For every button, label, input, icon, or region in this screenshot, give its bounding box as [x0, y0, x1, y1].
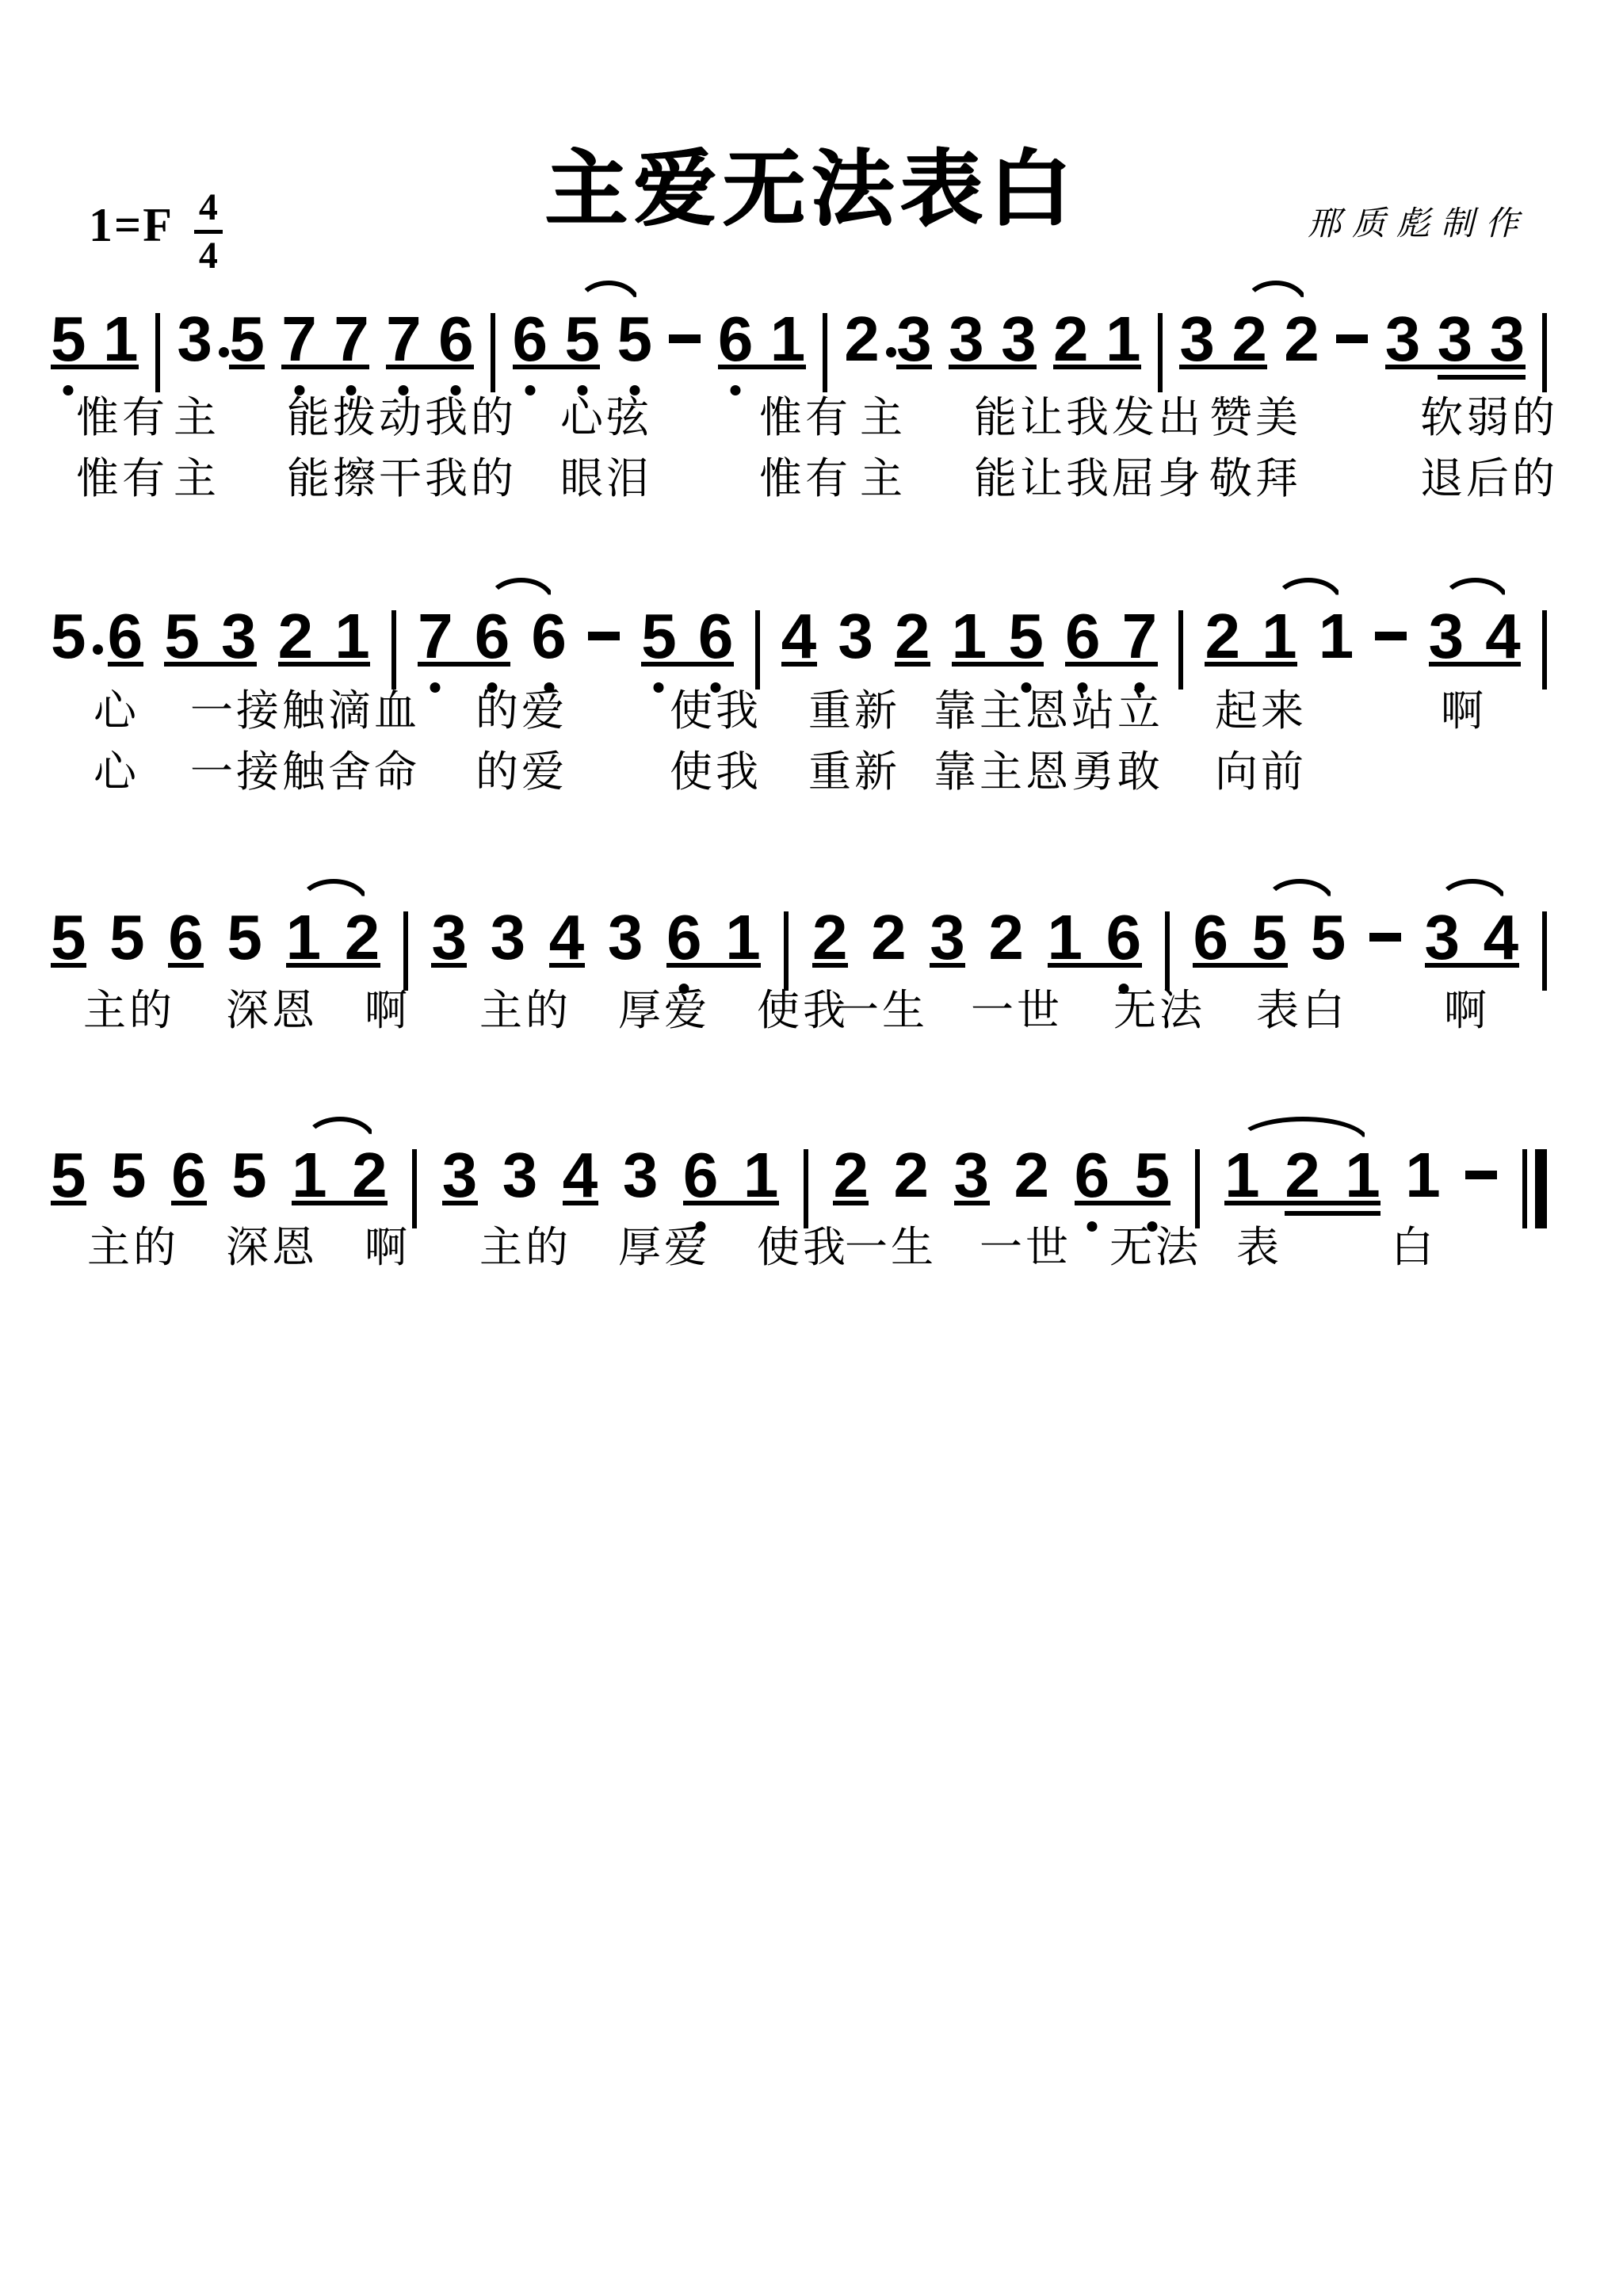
barline [1178, 610, 1183, 690]
eighth-underline [51, 963, 86, 968]
note-digit-1: 1 [952, 605, 987, 668]
note-digit-5: 5 [1135, 1144, 1170, 1207]
lyric-segment: 能擦干我的 [287, 456, 517, 502]
lyric-segment: 主的 [479, 988, 571, 1034]
digit: 2 [1205, 605, 1240, 668]
lyric-segment: 一接触舍命 [190, 749, 420, 796]
note-digit-1: 1 [1319, 605, 1354, 668]
note-digit-1: 1 [1262, 605, 1297, 668]
note-digit-2: 2 [893, 1144, 929, 1207]
low-octave-dot [1086, 1221, 1097, 1232]
lyric-segment: 心弦 [560, 395, 652, 441]
digit: 1 [1405, 1144, 1441, 1207]
digit: 7 [281, 308, 317, 371]
note-digit-4: 4 [781, 605, 817, 668]
note-digit-5: 5 [164, 605, 200, 668]
digit: 3 [221, 605, 257, 668]
barline [784, 911, 789, 991]
lyric-segment: 向前 [1215, 749, 1307, 796]
note-digit-2: 2 [1285, 1144, 1320, 1207]
note-digit-6: 6 [531, 605, 567, 668]
barline [1542, 911, 1547, 991]
eighth-underline [895, 662, 930, 667]
lyric-segment: 白 [1391, 1224, 1437, 1271]
note-digit-6: 6 [1193, 906, 1228, 969]
digit: 7 [386, 308, 422, 371]
digit: 2 [1014, 1144, 1050, 1207]
lyric-segment: 眼泪 [560, 456, 652, 502]
digit: 2 [1284, 308, 1319, 371]
digit: 2 [833, 1144, 869, 1207]
note-digit-1: 1 [1224, 1144, 1260, 1207]
barline [1542, 610, 1547, 690]
digit: 3 [1425, 906, 1461, 969]
note-digit-5: 5 [564, 308, 600, 371]
digit: 6 [683, 1144, 719, 1207]
digit: 2 [893, 1144, 929, 1207]
note-digit-7: 7 [334, 308, 369, 371]
note-digit-1: 1 [1345, 1144, 1381, 1207]
duration-dash [588, 632, 620, 640]
slur-tie-arc [1243, 281, 1308, 306]
lyric-segment: 主的 [83, 988, 175, 1034]
note-digit-3: 3 [623, 1144, 659, 1207]
lyric-segment: 敬拜 [1209, 456, 1301, 502]
digit: 1 [334, 605, 370, 668]
digit: 6 [438, 308, 474, 371]
eighth-underline [1053, 365, 1141, 369]
sheet-music-page: 主爱无法表白 1=F 4 4 邢质彪制作 5135777665561233321… [0, 0, 1623, 2296]
lyric-segment: 厚爱 [618, 988, 710, 1034]
lyric-segment: 的爱 [475, 749, 567, 796]
duration-dash [669, 334, 701, 343]
slur-tie-arc [1274, 578, 1343, 603]
digit: 5 [641, 605, 677, 668]
eighth-underline [1075, 1201, 1170, 1205]
lyric-segment: 靠主恩站立 [934, 688, 1163, 735]
lyric-segment: 的爱 [475, 688, 567, 735]
note-digit-7: 7 [386, 308, 422, 371]
note-digit-2: 2 [988, 906, 1024, 969]
note-digit-3: 3 [177, 308, 212, 371]
eighth-underline [683, 1201, 779, 1205]
note-digit-2: 2 [1053, 308, 1089, 371]
note-digit-4: 4 [1484, 906, 1519, 969]
lyric-segment: 无法 [1113, 988, 1205, 1034]
digit: 3 [177, 308, 212, 371]
note-digit-4: 4 [563, 1144, 598, 1207]
augmentation-dot [219, 347, 229, 357]
digit: 7 [1122, 605, 1158, 668]
eighth-underline [1385, 365, 1526, 369]
note-digit-5: 5 [617, 308, 652, 371]
digit: 1 [725, 906, 761, 969]
note-digit-5: 5 [1008, 605, 1044, 668]
digit: 2 [345, 906, 380, 969]
eighth-underline [718, 365, 806, 369]
low-octave-dot [654, 682, 664, 693]
note-digit-1: 1 [1405, 1144, 1441, 1207]
barline [823, 313, 827, 392]
eighth-underline [1193, 963, 1288, 968]
digit: 4 [781, 605, 817, 668]
digit: 2 [871, 906, 907, 969]
augmentation-dot [93, 644, 103, 655]
barline [491, 313, 495, 392]
eighth-underline [386, 365, 474, 369]
note-digit-3: 3 [1438, 308, 1473, 371]
barline [403, 911, 408, 991]
digit: 1 [103, 308, 139, 371]
eighth-underline [666, 963, 761, 968]
digit: 1 [770, 308, 806, 371]
eighth-underline [781, 662, 817, 667]
lyric-segment: 心 [94, 749, 139, 796]
lyric-segment: 使我 [757, 988, 849, 1034]
digit: 7 [418, 605, 453, 668]
digit: 3 [896, 308, 932, 371]
note-digit-7: 7 [418, 605, 453, 668]
eighth-underline [278, 662, 370, 667]
final-barline [1522, 1149, 1547, 1228]
slur-tie-arc [487, 578, 556, 603]
note-digit-7: 7 [281, 308, 317, 371]
digit: 5 [109, 906, 145, 969]
digit: 2 [278, 605, 314, 668]
note-digit-5: 5 [51, 308, 86, 371]
lyric-segment: 一世 [971, 988, 1063, 1034]
note-digit-3: 3 [896, 308, 932, 371]
note-digit-5: 5 [51, 1144, 86, 1207]
digit: 3 [954, 1144, 990, 1207]
digit: 3 [608, 906, 643, 969]
digit: 3 [431, 906, 467, 969]
note-digit-6: 6 [718, 308, 754, 371]
digit: 1 [1262, 605, 1297, 668]
duration-dash [1465, 1171, 1497, 1179]
lyric-segment: 赞美 [1209, 395, 1301, 441]
lyric-segment: 啊 [365, 988, 411, 1034]
barline [804, 1149, 808, 1228]
digit: 5 [227, 906, 262, 969]
digit: 6 [168, 906, 204, 969]
digit: 3 [442, 1144, 478, 1207]
slur-tie-arc [298, 879, 369, 904]
lyric-segment: 能拨动我的 [287, 395, 517, 441]
lyric-segment: 使我 [670, 688, 762, 735]
note-digit-2: 2 [352, 1144, 388, 1207]
digit: 6 [108, 605, 143, 668]
note-digit-6: 6 [1075, 1144, 1110, 1207]
barline [391, 610, 396, 690]
note-digit-3: 3 [1179, 308, 1215, 371]
note-digit-3: 3 [930, 906, 965, 969]
lyric-segment: 重新 [808, 749, 900, 796]
slur-tie-arc [576, 281, 641, 306]
digit: 2 [1285, 1144, 1320, 1207]
low-octave-dot [525, 385, 535, 395]
note-digit-1: 1 [743, 1144, 779, 1207]
lyric-segment: 啊 [365, 1224, 411, 1271]
eighth-underline [51, 365, 139, 369]
eighth-underline [1179, 365, 1267, 369]
digit: 7 [334, 308, 369, 371]
digit: 5 [1311, 906, 1346, 969]
note-digit-3: 3 [491, 906, 526, 969]
lyric-segment: 一生 [845, 1224, 937, 1271]
slur-tie-arc [1441, 578, 1510, 603]
final-bar-thick-line [1535, 1149, 1547, 1228]
eighth-underline [168, 963, 204, 968]
note-digit-3: 3 [431, 906, 467, 969]
barline [1195, 1149, 1200, 1228]
digit: 6 [1075, 1144, 1110, 1207]
lyric-segment: 一生 [836, 988, 928, 1034]
barline [755, 610, 760, 690]
note-digit-2: 2 [278, 605, 314, 668]
lyric-segment: 使我 [670, 749, 762, 796]
note-digit-5: 5 [641, 605, 677, 668]
augmentation-dot [886, 347, 896, 357]
eighth-underline [513, 365, 600, 369]
digit: 3 [502, 1144, 538, 1207]
duration-dash [1336, 334, 1368, 343]
digit: 5 [164, 605, 200, 668]
lyric-segment: 啊 [1441, 688, 1487, 735]
digit: 3 [1438, 308, 1473, 371]
digit: 5 [617, 308, 652, 371]
note-digit-5: 5 [229, 308, 265, 371]
digit: 5 [564, 308, 600, 371]
lyric-segment: 惟有 [76, 395, 168, 441]
lyric-segment: 厚爱 [618, 1224, 710, 1271]
digit: 6 [1193, 906, 1228, 969]
eighth-underline [442, 1201, 478, 1205]
low-octave-dot [731, 385, 741, 395]
low-octave-dot [430, 682, 441, 693]
digit: 4 [1484, 906, 1519, 969]
note-digit-3: 3 [954, 1144, 990, 1207]
slur-tie-arc [1437, 879, 1508, 904]
note-digit-1: 1 [286, 906, 322, 969]
barline [1158, 313, 1163, 392]
digit: 1 [1345, 1144, 1381, 1207]
lyric-segment: 起来 [1215, 688, 1307, 735]
note-digit-5: 5 [1252, 906, 1288, 969]
digit: 5 [51, 1144, 86, 1207]
digit: 2 [352, 1144, 388, 1207]
digit: 5 [1252, 906, 1288, 969]
note-digit-2: 2 [1232, 308, 1267, 371]
lyric-segment: 心 [94, 688, 139, 735]
digit: 6 [1065, 605, 1101, 668]
eighth-underline [418, 662, 510, 667]
eighth-underline [1048, 963, 1142, 968]
note-digit-6: 6 [698, 605, 734, 668]
eighth-underline [286, 963, 380, 968]
slur-tie-arc [304, 1117, 376, 1142]
barline [155, 313, 160, 392]
digit: 1 [1319, 605, 1354, 668]
note-digit-5: 5 [231, 1144, 267, 1207]
digit: 5 [51, 308, 86, 371]
lyric-segment: 主 [174, 456, 220, 502]
digit: 5 [51, 906, 86, 969]
digit: 2 [895, 605, 930, 668]
note-digit-6: 6 [1065, 605, 1101, 668]
eighth-underline [954, 1201, 990, 1205]
digit: 4 [1485, 605, 1521, 668]
note-digit-6: 6 [108, 605, 143, 668]
digit: 5 [231, 1144, 267, 1207]
note-digit-1: 1 [770, 308, 806, 371]
eighth-underline [949, 365, 1037, 369]
lyric-segment: 主的 [479, 1224, 571, 1271]
eighth-underline [292, 1201, 388, 1205]
digit: 5 [51, 605, 86, 668]
sixteenth-underline [1438, 375, 1526, 380]
digit: 1 [286, 906, 322, 969]
note-digit-6: 6 [171, 1144, 207, 1207]
note-digit-3: 3 [1429, 605, 1465, 668]
digit: 3 [1490, 308, 1526, 371]
eighth-underline [108, 662, 143, 667]
lyric-segment: 深恩 [226, 1224, 318, 1271]
digit: 6 [513, 308, 548, 371]
digit: 1 [292, 1144, 327, 1207]
eighth-underline [431, 963, 467, 968]
note-digit-5: 5 [109, 906, 145, 969]
eighth-underline [281, 365, 369, 369]
slur-tie-arc [1264, 879, 1335, 904]
digit: 3 [949, 308, 984, 371]
digit: 6 [718, 308, 754, 371]
eighth-underline [1205, 662, 1297, 667]
note-digit-3: 3 [1385, 308, 1421, 371]
note-digit-1: 1 [292, 1144, 327, 1207]
note-digit-3: 3 [1425, 906, 1461, 969]
note-digit-3: 3 [1490, 308, 1526, 371]
digit: 2 [1232, 308, 1267, 371]
lyric-segment: 退后的 [1420, 456, 1558, 502]
note-digit-2: 2 [1284, 308, 1319, 371]
note-digit-7: 7 [1122, 605, 1158, 668]
digit: 3 [930, 906, 965, 969]
note-digit-2: 2 [895, 605, 930, 668]
duration-dash [1369, 933, 1401, 942]
digit: 2 [1053, 308, 1089, 371]
lyric-segment: 重新 [808, 688, 900, 735]
note-digit-2: 2 [833, 1144, 869, 1207]
digit: 3 [623, 1144, 659, 1207]
note-digit-3: 3 [1001, 308, 1037, 371]
eighth-underline [1429, 662, 1521, 667]
eighth-underline [812, 963, 848, 968]
lyric-segment: 啊 [1444, 988, 1490, 1034]
lyric-segment: 能让我发出 [974, 395, 1204, 441]
lyric-segment: 靠主恩勇敢 [934, 749, 1163, 796]
lyric-segment: 能让我屈身 [974, 456, 1204, 502]
note-digit-4: 4 [549, 906, 585, 969]
eighth-underline [229, 365, 265, 369]
note-digit-5: 5 [51, 906, 86, 969]
note-digit-6: 6 [513, 308, 548, 371]
note-digit-4: 4 [1485, 605, 1521, 668]
barline [1542, 313, 1547, 392]
barline [412, 1149, 417, 1228]
digit: 1 [952, 605, 987, 668]
note-digit-6: 6 [666, 906, 702, 969]
score: 5135777665561233321322333 56532176656432… [0, 0, 1623, 2296]
note-digit-5: 5 [111, 1144, 147, 1207]
eighth-underline [1065, 662, 1158, 667]
note-digit-6: 6 [1106, 906, 1142, 969]
lyric-segment: 无法 [1109, 1224, 1201, 1271]
lyric-segment: 使我 [757, 1224, 849, 1271]
eighth-underline [171, 1201, 207, 1205]
note-digit-2: 2 [345, 906, 380, 969]
note-digit-3: 3 [949, 308, 984, 371]
barline [1165, 911, 1170, 991]
final-bar-thin-line [1522, 1149, 1527, 1228]
digit: 3 [1429, 605, 1465, 668]
note-digit-1: 1 [103, 308, 139, 371]
note-digit-5: 5 [227, 906, 262, 969]
note-digit-2: 2 [871, 906, 907, 969]
digit: 3 [838, 605, 873, 668]
eighth-underline [1425, 963, 1519, 968]
digit: 6 [1106, 906, 1142, 969]
digit: 3 [1179, 308, 1215, 371]
digit: 5 [1135, 1144, 1170, 1207]
lyric-segment: 一世 [980, 1224, 1071, 1271]
lyric-segment: 主的 [87, 1224, 179, 1271]
sixteenth-underline [1285, 1211, 1381, 1216]
digit: 4 [563, 1144, 598, 1207]
lyric-segment: 惟有 [759, 456, 851, 502]
digit: 1 [743, 1144, 779, 1207]
digit: 2 [844, 308, 880, 371]
digit: 5 [111, 1144, 147, 1207]
digit: 4 [549, 906, 585, 969]
lyric-segment: 软弱的 [1420, 395, 1558, 441]
digit: 3 [1385, 308, 1421, 371]
lyric-segment: 惟有 [76, 456, 168, 502]
eighth-underline [563, 1201, 598, 1205]
eighth-underline [952, 662, 1044, 667]
note-digit-6: 6 [438, 308, 474, 371]
digit: 5 [229, 308, 265, 371]
note-digit-1: 1 [334, 605, 370, 668]
lyric-segment: 表白 [1256, 988, 1348, 1034]
note-digit-6: 6 [683, 1144, 719, 1207]
digit: 6 [475, 605, 510, 668]
lyric-segment: 表 [1236, 1224, 1282, 1271]
eighth-underline [51, 1201, 86, 1205]
note-digit-1: 1 [1106, 308, 1141, 371]
digit: 6 [171, 1144, 207, 1207]
digit: 1 [1048, 906, 1083, 969]
eighth-underline [1224, 1201, 1381, 1205]
digit: 6 [666, 906, 702, 969]
note-digit-1: 1 [1048, 906, 1083, 969]
lyric-segment: 主 [860, 456, 906, 502]
note-digit-3: 3 [608, 906, 643, 969]
lyric-segment: 一接触滴血 [190, 688, 420, 735]
digit: 1 [1224, 1144, 1260, 1207]
note-digit-3: 3 [838, 605, 873, 668]
eighth-underline [641, 662, 734, 667]
